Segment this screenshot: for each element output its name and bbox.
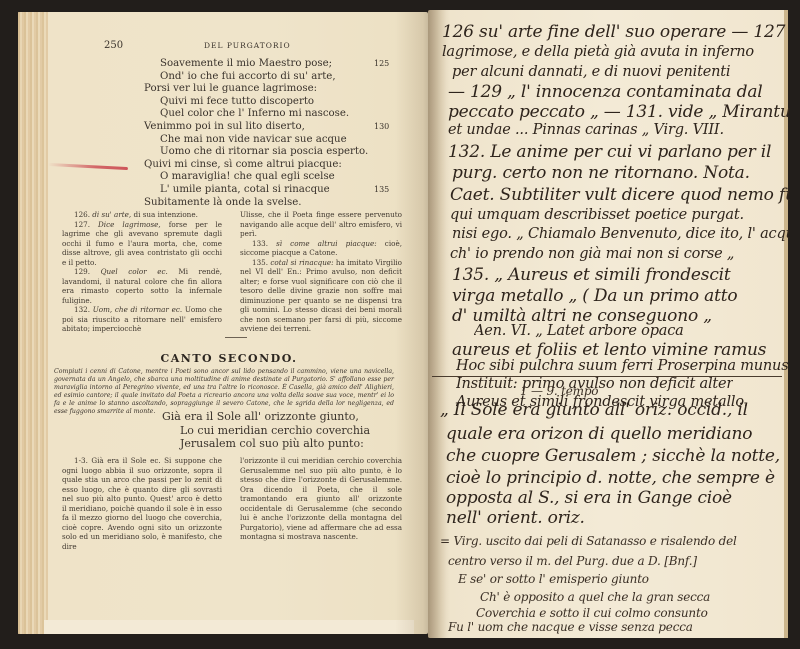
handwritten-line: qui umquam describisset poetice purgat.	[450, 207, 744, 223]
handwritten-line: quale era orizon di quello meridiano	[446, 424, 752, 444]
canto-argument: Compiuti i cenni di Catone, mentre i Poe…	[54, 368, 394, 416]
verse-line: Uomo che di ritornar sia poscia esperto.	[44, 146, 414, 159]
handwritten-line: 132. Le anime per cui vi parlano per il	[448, 142, 771, 162]
verse-text: Che mai non vide navicar sue acque	[160, 134, 347, 147]
verse-line: L' umile pianta, cotal si rinacque135	[44, 184, 414, 197]
verse-text: Porsi ver lui le guance lagrimose:	[144, 83, 317, 96]
verse-text: Ond' io che fui accorto di su' arte,	[160, 71, 336, 84]
notes-column-left: 126. di su' arte, di sua intenzione.127.…	[62, 210, 222, 334]
handwritten-line: centro verso il m. del Purg. due a D. [B…	[448, 554, 697, 568]
verse-text: Già era il Sole all' orizzonte giunto,	[162, 410, 359, 424]
handwritten-line: cioè lo principio d. notte, che sempre è	[446, 468, 775, 488]
handwritten-line: et undae ... Pinnas carinas „ Virg. VIII…	[448, 122, 724, 138]
verse-line: Porsi ver lui le guance lagrimose:	[44, 83, 414, 96]
handwritten-line: 1 — 9. tempo	[520, 384, 598, 398]
verse-line: Ond' io che fui accorto di su' arte,	[44, 71, 414, 84]
note-paragraph: 127. Dice lagrimose, forse per le lagrim…	[62, 220, 222, 268]
handwritten-line: virga metallo „ ( Da un primo atto	[452, 286, 737, 306]
handwritten-line: per alcuni dannati, e di nuovi penitenti	[452, 64, 730, 80]
verse-text: O maraviglia! che qual egli scelse	[160, 171, 335, 184]
note-paragraph: 135. cotal si rinacque: ha imitato Virgi…	[240, 258, 402, 334]
verse-text: Subitamente là onde la svelse.	[144, 197, 302, 210]
handwritten-line: aureus et foliis et lento vimine ramus	[452, 340, 766, 360]
handwritten-line: opposta al S., si era in Gange cioè	[446, 488, 732, 508]
separator-rule	[225, 337, 247, 338]
verse-line: Quivi mi fece tutto discoperto	[44, 96, 414, 109]
running-head: 250 DEL PURGATORIO	[44, 40, 404, 54]
verse-line: Jerusalem col suo più alto punto:	[44, 437, 414, 451]
canto-title: CANTO SECONDO.	[44, 352, 414, 365]
handwritten-line: lagrimose, e della pietà già avuta in in…	[442, 44, 754, 60]
note-paragraph: 129. Quel color ec. Mi rendè, lavandomi,…	[62, 267, 222, 305]
note-paragraph: 132. Uom, che di ritornar ec. Uomo che p…	[62, 305, 222, 334]
verse-line: Che mai non vide navicar sue acque	[44, 134, 414, 147]
verse-line: Quel color che l' Inferno mi nascose.	[44, 108, 414, 121]
line-number: 135	[374, 184, 389, 197]
running-head-title: DEL PURGATORIO	[204, 41, 291, 50]
handwritten-line: — 129 „ l' innocenza contaminata dal	[448, 82, 763, 102]
verse-text: Lo cui meridian cerchio coverchia	[180, 424, 370, 438]
verse-text: Uomo che di ritornar sia poscia esperto.	[160, 146, 368, 159]
verse-text: Venimmo poi in sul lito diserto,	[144, 121, 305, 134]
note-paragraph: 126. di su' arte, di sua intenzione.	[62, 210, 222, 220]
verse-text: Quel color che l' Inferno mi nascose.	[160, 108, 349, 121]
verse-block-canto: Già era il Sole all' orizzonte giunto,Lo…	[44, 410, 414, 451]
verse-line: Già era il Sole all' orizzonte giunto,	[44, 410, 414, 424]
handwritten-line: Caet. Subtiliter vult dicere quod nemo f…	[450, 185, 790, 205]
handwritten-line: E se' or sotto l' emisperio giunto	[458, 572, 649, 586]
note-paragraph: 133. sì come altrui piacque: cioè, sicco…	[240, 239, 402, 258]
verse-line: Venimmo poi in sul lito diserto,130	[44, 121, 414, 134]
verse-text: Jerusalem col suo più alto punto:	[180, 437, 364, 451]
verse-line: O maraviglia! che qual egli scelse	[44, 171, 414, 184]
handwritten-line: „ Il Sole era giunto all' oriz. occid., …	[440, 400, 748, 420]
verse-line: Lo cui meridian cerchio coverchia	[44, 424, 414, 438]
handwritten-line: che cuopre Gerusalem ; sicchè la notte,	[446, 446, 780, 466]
handwritten-line: peccato peccato „ — 131. vide „ Mirantur	[448, 102, 790, 122]
handwritten-line: nisi ego. „ Chiamalo Benvenuto, dice ito…	[452, 226, 790, 242]
verse-text: L' umile pianta, cotal si rinacque	[160, 184, 330, 197]
handwritten-line: 135. „ Aureus et simili frondescit	[452, 265, 731, 285]
verse-text: Quivi mi fece tutto discoperto	[160, 96, 314, 109]
notes-column-right: Ulisse, che il Poeta finge essere perven…	[240, 210, 402, 334]
handwritten-line: ch' io prendo non già mai non si corse „	[450, 246, 734, 262]
verse-line: Subitamente là onde la svelse.	[44, 197, 414, 210]
notes-bottom-left: 1-3. Già era il Sole ec. Si suppone che …	[62, 456, 222, 551]
handwritten-line: = Virg. uscito dai peli di Satanasso e r…	[440, 534, 737, 548]
handwritten-line: Ch' è opposito a quel che la gran secca	[480, 590, 710, 604]
page-number: 250	[104, 40, 123, 51]
handwritten-line: Fu l' uom che nacque e visse senza pecca	[448, 620, 693, 634]
handwritten-line: 126 su' arte fine dell' suo operare — 12…	[442, 22, 790, 42]
handwritten-line: Aen. VI. „ Latet arbore opaca	[474, 323, 684, 339]
note-text: 1-3. Già era il Sole ec. Si suppone che …	[62, 456, 222, 551]
line-number: 125	[374, 58, 389, 71]
verse-line: Soavemente il mio Maestro pose;125	[44, 58, 414, 71]
handwritten-line: Hoc sibi pulchra suum ferri Proserpina m…	[456, 358, 788, 374]
verse-text: Soavemente il mio Maestro pose;	[160, 58, 332, 71]
open-book-photo: 250 DEL PURGATORIO Soavemente il mio Mae…	[0, 0, 800, 649]
verse-text: Quivi mi cinse, sì come altrui piacque:	[144, 159, 342, 172]
handwritten-line: nell' orient. oriz.	[446, 508, 585, 528]
notes-bottom-right: l'orizzonte il cui meridian cerchio cove…	[240, 456, 402, 542]
note-paragraph: Ulisse, che il Poeta finge essere perven…	[240, 210, 402, 239]
handwritten-line: Coverchia e sotto il cui colmo consunto	[476, 606, 708, 620]
note-text: l'orizzonte il cui meridian cerchio cove…	[240, 456, 402, 542]
verse-block-top: Soavemente il mio Maestro pose;125Ond' i…	[44, 58, 414, 209]
page-bottom-margin	[44, 620, 414, 634]
line-number: 130	[374, 121, 389, 134]
handwritten-line: purg. certo non ne ritornano. Nota.	[452, 163, 750, 183]
